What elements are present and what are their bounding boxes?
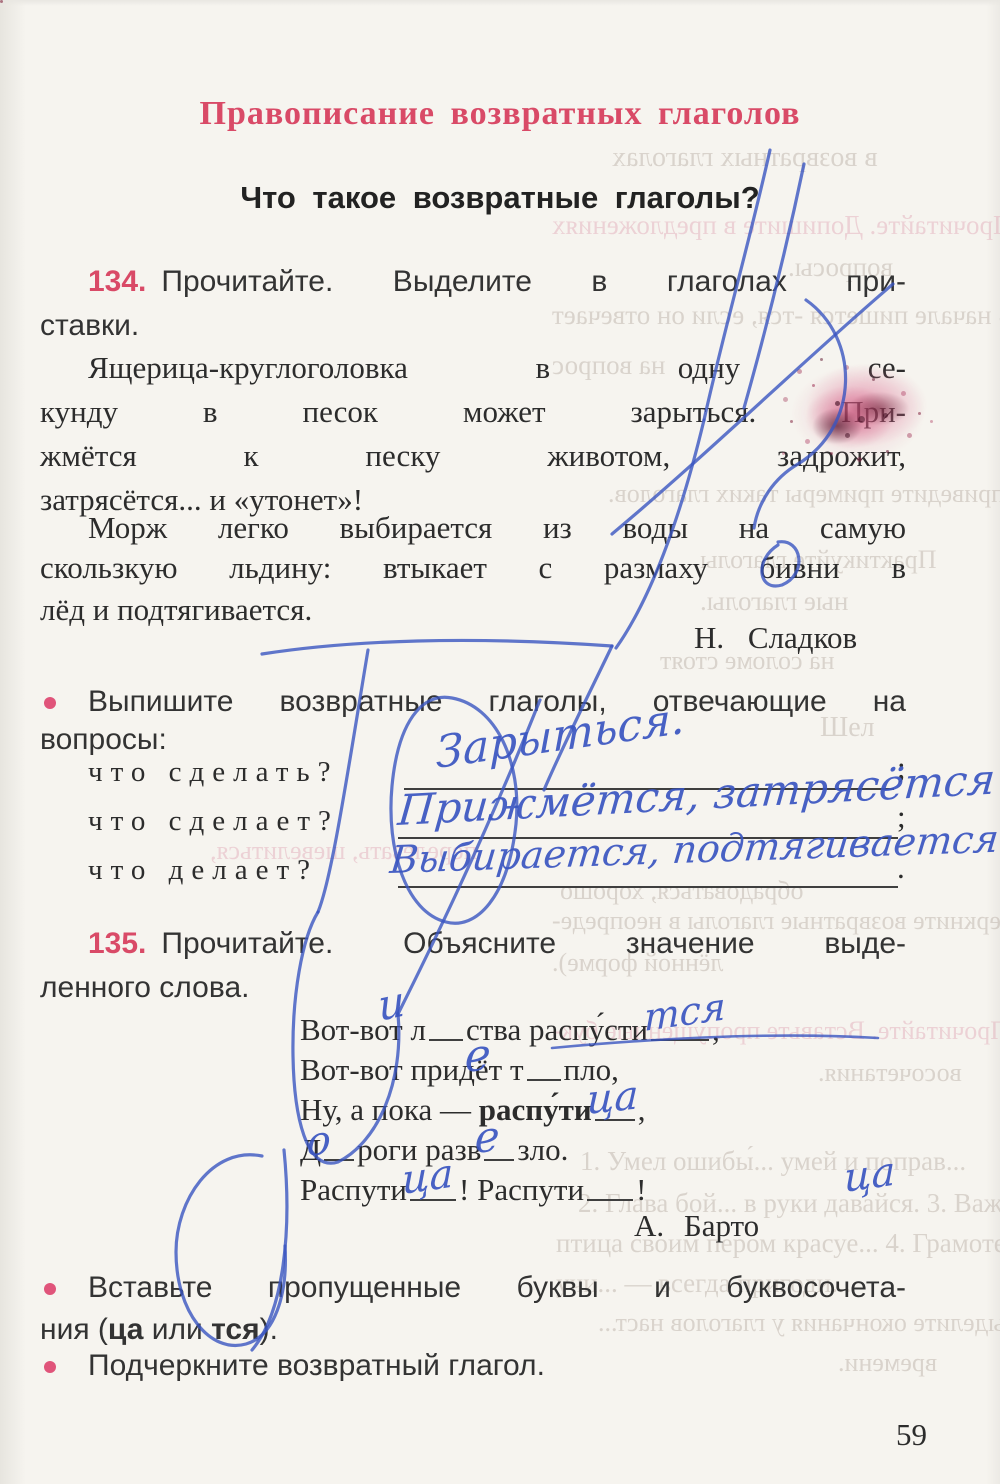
handwritten-word: ца: [586, 1072, 639, 1124]
fill-in-blank: [651, 1039, 709, 1041]
handwritten-word: и: [377, 976, 407, 1031]
handwritten-word: ца: [402, 1150, 453, 1204]
question-label: что делает?: [88, 854, 318, 886]
exercise-135-instruction: 135. Прочитайте. Объясните значение выде…: [88, 927, 906, 961]
passage-line: скользкую льдину: втыкает с размаху бивн…: [40, 551, 906, 586]
list-bullet: [44, 1361, 56, 1373]
fill-in-blank: [429, 1039, 463, 1041]
ink-stain: [772, 348, 944, 474]
passage-line: лёд и подтягивается.: [40, 593, 312, 628]
list-bullet: [44, 697, 56, 709]
fill-in-blank: [527, 1079, 561, 1081]
task-line: ния (ца или тся).: [40, 1313, 278, 1347]
bleed-through-text: обрадоваться, хорошо: [560, 876, 804, 906]
stain-speckles: [0, 0, 3, 3]
bleed-through-text: Устно приведите примеры таких глаголов.: [608, 479, 1000, 509]
bleed-through-text: в возвратных глаголах: [612, 142, 878, 174]
exercise-135-instruction: ленного слова.: [40, 971, 249, 1005]
page-number: 59: [896, 1418, 927, 1453]
exercise-134-instruction: 134. Прочитайте. Выделите в глаголах при…: [88, 265, 906, 299]
question-label: что сделать?: [88, 756, 339, 788]
section-heading: Что такое возвратные глаголы?: [60, 181, 940, 216]
bleed-through-text: птица своим пером красуе... 4. Грамоте: [556, 1228, 1000, 1259]
poem-line: Вот-вот придёт тпло,: [300, 1053, 619, 1088]
handwritten-word: ца: [844, 1148, 895, 1202]
task-line: Подчеркните возвратный глагол.: [88, 1349, 545, 1383]
handwritten-word: о: [306, 1117, 332, 1166]
task-line: Вставьте пропущенные буквы и буквосочета…: [88, 1271, 906, 1305]
task-line: вопросы:: [40, 723, 167, 757]
bleed-through-text: ные глаголы.: [700, 586, 848, 617]
poem-line: Распути! Распути!: [300, 1173, 646, 1208]
passage-line: Морж легко выбирается из воды на самую: [88, 511, 906, 546]
bleed-through-text: Выделите окончания у глаголов наст...: [598, 1308, 1000, 1338]
list-bullet: [44, 1283, 56, 1295]
bleed-through-text: восочетания.: [818, 1058, 962, 1088]
answer-line: [398, 886, 898, 888]
passage-line: жмётся к песку животом, задрожит,: [40, 439, 906, 474]
chapter-title: Правописание возвратных глаголов: [60, 95, 940, 133]
exercise-134-instruction: ставки.: [40, 309, 139, 343]
question-label: что сделает?: [88, 805, 339, 837]
author-credit: А. Барто: [634, 1209, 759, 1244]
handwritten-word: е: [474, 1111, 500, 1163]
scanned-workbook-page: в возвратных глаголах136. Прочитайте. До…: [0, 0, 1000, 1484]
author-credit: Н. Сладков: [694, 621, 857, 656]
task-line: Выпишите возвратные глаголы, отвечающие …: [88, 685, 906, 719]
bleed-through-text: В начале пишется -тся, если он отвечает: [552, 300, 1000, 331]
bleed-through-text: времени.: [838, 1348, 937, 1378]
fill-in-blank: [587, 1199, 633, 1201]
handwritten-word: е: [464, 1029, 492, 1083]
